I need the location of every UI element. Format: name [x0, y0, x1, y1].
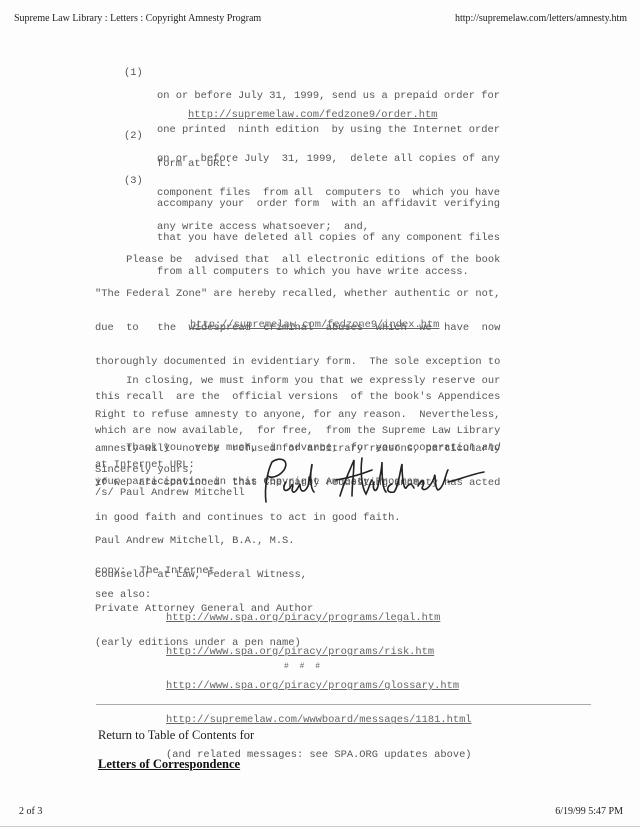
page-header-url: http://supremelaw.com/letters/amnesty.ht…	[455, 13, 627, 24]
paragraph-line: In closing, we must inform you that we e…	[95, 376, 500, 387]
order-link[interactable]: http://supremelaw.com/fedzone9/order.htm	[188, 110, 437, 121]
item-1-line: on or before July 31, 1999, send us a pr…	[157, 91, 500, 102]
see-also-link[interactable]: http://www.spa.org/piracy/programs/risk.…	[166, 647, 472, 658]
print-datetime: 6/19/99 5:47 PM	[555, 806, 623, 817]
see-also-label: see also:	[95, 590, 151, 601]
item-2-number: (2)	[124, 131, 143, 142]
handwritten-signature	[258, 452, 488, 512]
copy-value: The Internet	[140, 566, 215, 577]
item-2-line: on or before July 31, 1999, delete all c…	[157, 154, 500, 165]
letters-of-correspondence-link[interactable]: Letters of Correspondence	[98, 757, 240, 772]
title-line: Paul Andrew Mitchell, B.A., M.S.	[95, 536, 313, 547]
item-3-number: (3)	[124, 176, 143, 187]
return-text: Return to Table of Contents for	[98, 728, 254, 743]
item-1-number: (1)	[124, 68, 143, 79]
end-marks: # # #	[284, 661, 323, 672]
page-header-title: Supreme Law Library : Letters : Copyrigh…	[14, 13, 261, 24]
see-also-links: http://www.spa.org/piracy/programs/legal…	[166, 590, 472, 773]
paragraph-line: "The Federal Zone" are hereby recalled, …	[95, 289, 500, 300]
see-also-link[interactable]: http://www.spa.org/piracy/programs/gloss…	[166, 681, 472, 692]
salutation: Sincerely yours,	[95, 465, 195, 476]
copy-label: copy:	[95, 566, 126, 577]
signed-name: /s/ Paul Andrew Mitchell	[95, 488, 245, 499]
see-also-link[interactable]: http://www.spa.org/piracy/programs/legal…	[166, 613, 472, 624]
page-number: 2 of 3	[19, 806, 42, 817]
horizontal-rule	[96, 704, 591, 705]
paragraph-line: Please be advised that all electronic ed…	[95, 255, 500, 266]
see-also-link[interactable]: http://supremelaw.com/wwwboard/messages/…	[166, 715, 472, 726]
page-bottom-edge	[0, 826, 640, 827]
index-link[interactable]: http://supremelaw.com/fedzone9/index.htm	[190, 320, 439, 331]
item-3-line: accompany your order form with an affida…	[157, 199, 500, 210]
